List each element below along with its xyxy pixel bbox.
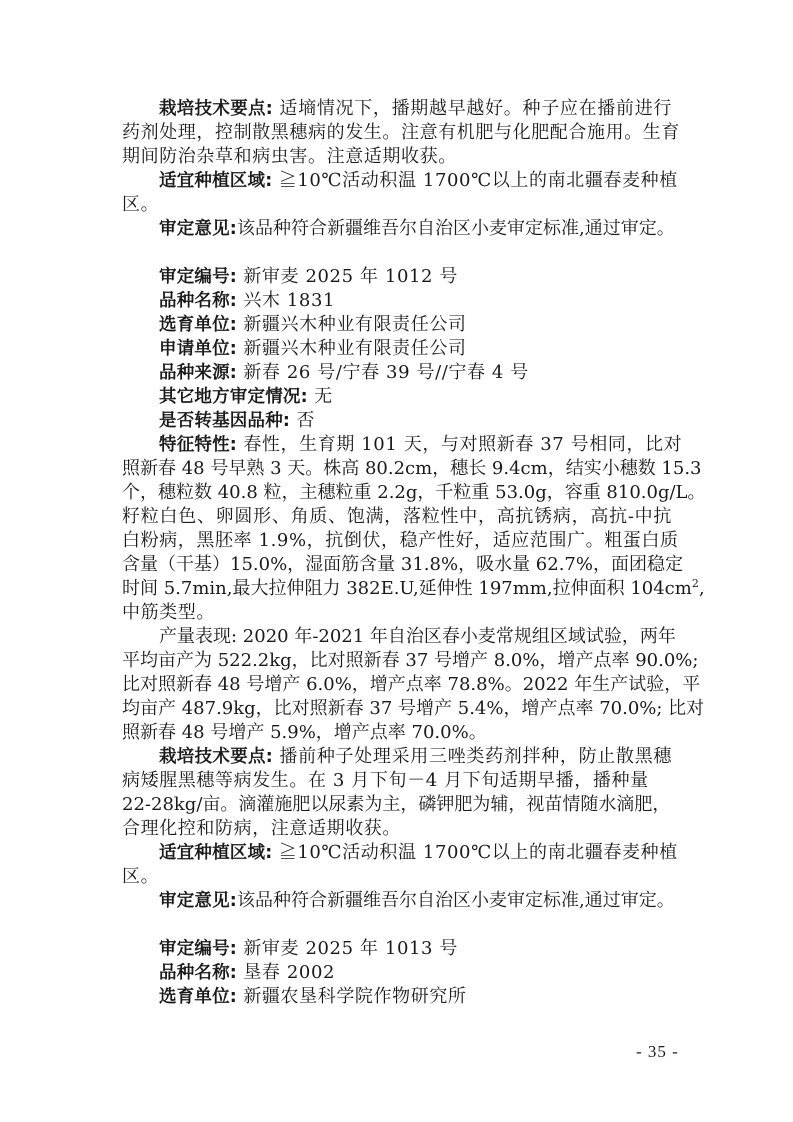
paragraph-text: 白粉病，黑胚率 1.9%，抗倒伏，稳产性好，适应范围广。粗蛋白质: [122, 529, 672, 553]
field-label: 选育单位:: [159, 315, 237, 335]
section-label: 审定意见:: [159, 891, 237, 911]
punctuation: ,: [699, 578, 705, 599]
paragraph-text: 时间 5.7min,最大拉伸阻力 382E.U,延伸性 197mm,拉伸面积 1…: [122, 578, 692, 599]
paragraph-text: 播前种子处理采用三唑类药剂拌种，防止散黑穗: [273, 746, 672, 767]
paragraph-text: 产量表现: 2020 年-2021 年自治区春小麦常规组区域试验，两年: [122, 625, 672, 649]
section-label: 适宜种植区域:: [159, 843, 272, 863]
field-label: 审定编号:: [159, 267, 237, 287]
superscript: 2: [692, 577, 699, 590]
field-value: 新审麦 2025 年 1012 号: [237, 266, 458, 287]
spacer: [122, 241, 672, 265]
section-label: 审定意见:: [159, 219, 237, 239]
field-value: 新春 26 号/宁春 39 号//宁春 4 号: [237, 362, 529, 383]
section-label: 栽培技术要点:: [159, 747, 273, 767]
field-label: 其它地方审定情况:: [159, 387, 308, 407]
paragraph-text: 病矮腥黑穗等病发生。在 3 月下旬－4 月下旬适期早播，播种量: [122, 769, 672, 793]
paragraph-text: 期间防治杂草和病虫害。注意适期收获。: [122, 145, 672, 169]
yield-section: 产量表现: 2020 年-2021 年自治区春小麦常规组区域试验，两年 平均亩产…: [122, 625, 672, 745]
field-value: 兴木 1831: [237, 290, 335, 311]
document-page: 栽培技术要点: 适墒情况下，播期越早越好。种子应在播前进行 药剂处理，控制散黑穗…: [122, 97, 672, 1009]
field-value: 新疆兴木种业有限责任公司: [237, 338, 467, 359]
paragraph-text: 22-28kg/亩。滴灌施肥以尿素为主，磷钾肥为辅，视苗情随水滴肥，: [122, 793, 672, 817]
paragraph-text: 中筋类型。: [122, 601, 672, 625]
paragraph-text: 适墒情况下，播期越早越好。种子应在播前进行: [273, 98, 672, 119]
field-gmo: 是否转基因品种: 否: [122, 409, 672, 433]
prev-opinion-section: 审定意见:该品种符合新疆维吾尔自治区小麦审定标准,通过审定。: [122, 217, 672, 241]
field-label: 品种来源:: [159, 363, 237, 383]
region-section: 适宜种植区域: ≧10℃活动积温 1700℃以上的南北疆春麦种植 区。: [122, 841, 672, 889]
field-origin: 品种来源: 新春 26 号/宁春 39 号//宁春 4 号: [122, 361, 672, 385]
spacer: [122, 913, 672, 937]
paragraph-text: 合理化控和防病，注意适期收获。: [122, 817, 672, 841]
page-number: - 35 -: [636, 1042, 679, 1062]
paragraph-text: 照新春 48 号早熟 3 天。株高 80.2cm，穗长 9.4cm，结实小穗数 …: [122, 457, 672, 481]
field-value: 否: [290, 410, 315, 431]
field-label: 申请单位:: [159, 339, 237, 359]
characteristics-section: 特征特性: 春性，生育期 101 天，与对照新春 37 号相同，比对 照新春 4…: [122, 433, 672, 625]
section-label: 栽培技术要点:: [159, 99, 273, 119]
field-variety-name: 品种名称: 垦春 2002: [122, 961, 672, 985]
paragraph-line: 时间 5.7min,最大拉伸阻力 382E.U,延伸性 197mm,拉伸面积 1…: [122, 577, 672, 601]
field-value: 新疆兴木种业有限责任公司: [237, 314, 467, 335]
field-value: 垦春 2002: [237, 962, 335, 983]
field-variety-name: 品种名称: 兴木 1831: [122, 289, 672, 313]
paragraph-text: 均亩产 487.9kg，比对照新春 37 号增产 5.4%，增产点率 70.0%…: [122, 697, 672, 721]
field-applicant: 申请单位: 新疆兴木种业有限责任公司: [122, 337, 672, 361]
field-breeder: 选育单位: 新疆农垦科学院作物研究所: [122, 985, 672, 1009]
field-value: 新疆农垦科学院作物研究所: [237, 986, 467, 1007]
field-approval-number: 审定编号: 新审麦 2025 年 1012 号: [122, 265, 672, 289]
paragraph-text: 该品种符合新疆维吾尔自治区小麦审定标准,通过审定。: [237, 218, 675, 239]
paragraph-text: 区。: [122, 865, 672, 889]
paragraph-text: ≧10℃活动积温 1700℃以上的南北疆春麦种植: [272, 842, 677, 863]
section-label: 特征特性:: [159, 435, 237, 455]
paragraph-text: 个，穗粒数 40.8 粒，主穗粒重 2.2g，千粒重 53.0g，容重 810.…: [122, 481, 672, 505]
field-label: 是否转基因品种:: [159, 411, 290, 431]
prev-region-section: 适宜种植区域: ≧10℃活动积温 1700℃以上的南北疆春麦种植 区。: [122, 169, 672, 217]
field-label: 选育单位:: [159, 987, 237, 1007]
field-value: 新审麦 2025 年 1013 号: [237, 938, 458, 959]
paragraph-text: 含量（干基）15.0%，湿面筋含量 31.8%，吸水量 62.7%，面团稳定: [122, 553, 672, 577]
field-value: 无: [308, 386, 333, 407]
field-label: 审定编号:: [159, 939, 237, 959]
paragraph-text: 区。: [122, 193, 672, 217]
paragraph-text: 平均亩产为 522.2kg，比对照新春 37 号增产 8.0%，增产点率 90.…: [122, 649, 672, 673]
section-label: 适宜种植区域:: [159, 171, 272, 191]
paragraph-text: 该品种符合新疆维吾尔自治区小麦审定标准,通过审定。: [237, 890, 675, 911]
paragraph-text: 照新春 48 号增产 5.9%，增产点率 70.0%。: [122, 721, 672, 745]
field-label: 品种名称:: [159, 963, 237, 983]
opinion-section: 审定意见:该品种符合新疆维吾尔自治区小麦审定标准,通过审定。: [122, 889, 672, 913]
field-other-approvals: 其它地方审定情况: 无: [122, 385, 672, 409]
prev-cultivation-section: 栽培技术要点: 适墒情况下，播期越早越好。种子应在播前进行 药剂处理，控制散黑穗…: [122, 97, 672, 169]
paragraph-text: 药剂处理，控制散黑穗病的发生。注意有机肥与化肥配合施用。生育: [122, 121, 672, 145]
field-label: 品种名称:: [159, 291, 237, 311]
field-breeder: 选育单位: 新疆兴木种业有限责任公司: [122, 313, 672, 337]
entry-1012-fields: 审定编号: 新审麦 2025 年 1012 号 品种名称: 兴木 1831 选育…: [122, 265, 672, 433]
entry-1013-fields: 审定编号: 新审麦 2025 年 1013 号 品种名称: 垦春 2002 选育…: [122, 937, 672, 1009]
paragraph-text: 比对照新春 48 号增产 6.0%，增产点率 78.8%。2022 年生产试验，…: [122, 673, 672, 697]
paragraph-text: 春性，生育期 101 天，与对照新春 37 号相同，比对: [237, 434, 682, 455]
cultivation-section: 栽培技术要点: 播前种子处理采用三唑类药剂拌种，防止散黑穗 病矮腥黑穗等病发生。…: [122, 745, 672, 841]
paragraph-text: ≧10℃活动积温 1700℃以上的南北疆春麦种植: [272, 170, 677, 191]
field-approval-number: 审定编号: 新审麦 2025 年 1013 号: [122, 937, 672, 961]
paragraph-text: 籽粒白色、卵圆形、角质、饱满，落粒性中，高抗锈病，高抗-中抗: [122, 505, 672, 529]
